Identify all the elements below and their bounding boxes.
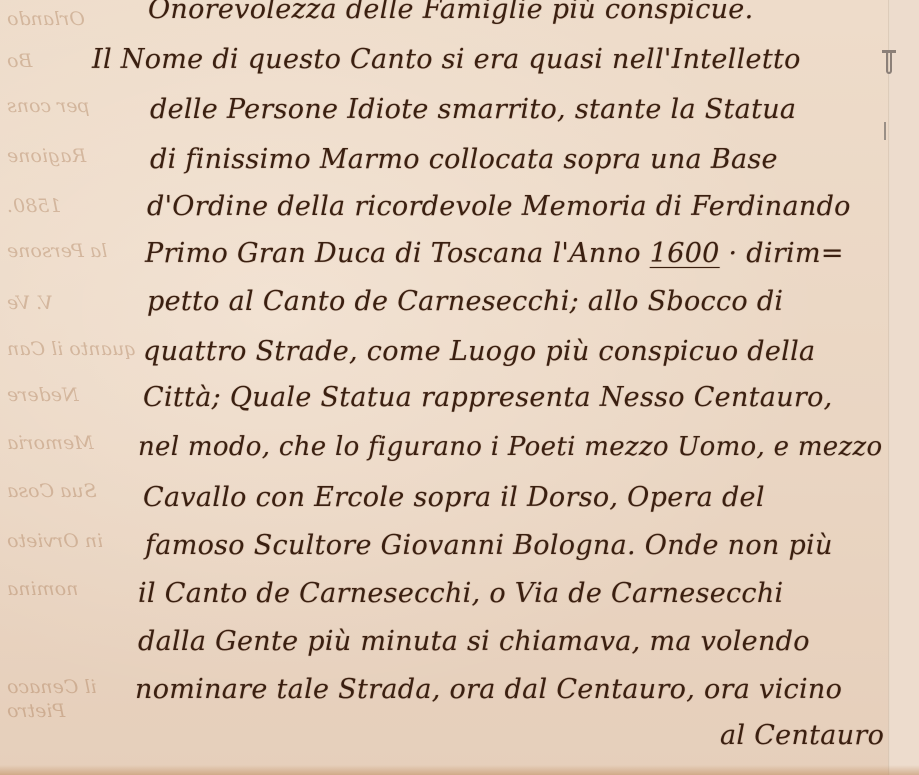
text-line: Onorevolezza delle Famiglie più conspicu… — [148, 0, 753, 25]
text-line: Città; Quale Statua rappresenta Nesso Ce… — [143, 382, 833, 413]
margin-mark — [884, 122, 886, 140]
text-line: nel modo, che lo figurano i Poeti mezzo … — [138, 432, 882, 462]
text-line: delle Persone Idiote smarrito, stante la… — [150, 94, 796, 125]
text-line: il Canto de Carnesecchi, o Via de Carnes… — [138, 578, 783, 609]
text-segment: · dirim= — [729, 238, 844, 269]
text-line: dalla Gente più minuta si chiamava, ma v… — [138, 626, 810, 657]
text-line: Cavallo con Ercole sopra il Dorso, Opera… — [143, 482, 765, 513]
text-line: Primo Gran Duca di Toscana l'Anno 1600 ·… — [145, 238, 844, 269]
page-bottom-edge — [0, 765, 919, 775]
binding-pin-icon — [886, 52, 892, 74]
text-segment: Primo Gran Duca di Toscana l'Anno — [145, 238, 641, 269]
manuscript-page: Orlando Bo per cons Ragione 1580. la Per… — [0, 0, 919, 775]
text-line: di finissimo Marmo collocata sopra una B… — [150, 144, 778, 175]
text-line: Il Nome di questo Canto si era quasi nel… — [92, 44, 801, 75]
right-margin — [890, 0, 919, 775]
text-line: petto al Canto de Carnesecchi; allo Sboc… — [147, 286, 783, 317]
year-underlined: 1600 — [650, 238, 720, 269]
text-line: al Centauro — [720, 720, 884, 751]
text-line: d'Ordine della ricordevole Memoria di Fe… — [147, 191, 851, 222]
text-line: quattro Strade, come Luogo più conspicuo… — [143, 336, 815, 367]
manuscript-text: Onorevolezza delle Famiglie più conspicu… — [0, 0, 919, 775]
text-line: famoso Scultore Giovanni Bologna. Onde n… — [145, 530, 833, 561]
text-line: nominare tale Strada, ora dal Centauro, … — [135, 674, 842, 705]
